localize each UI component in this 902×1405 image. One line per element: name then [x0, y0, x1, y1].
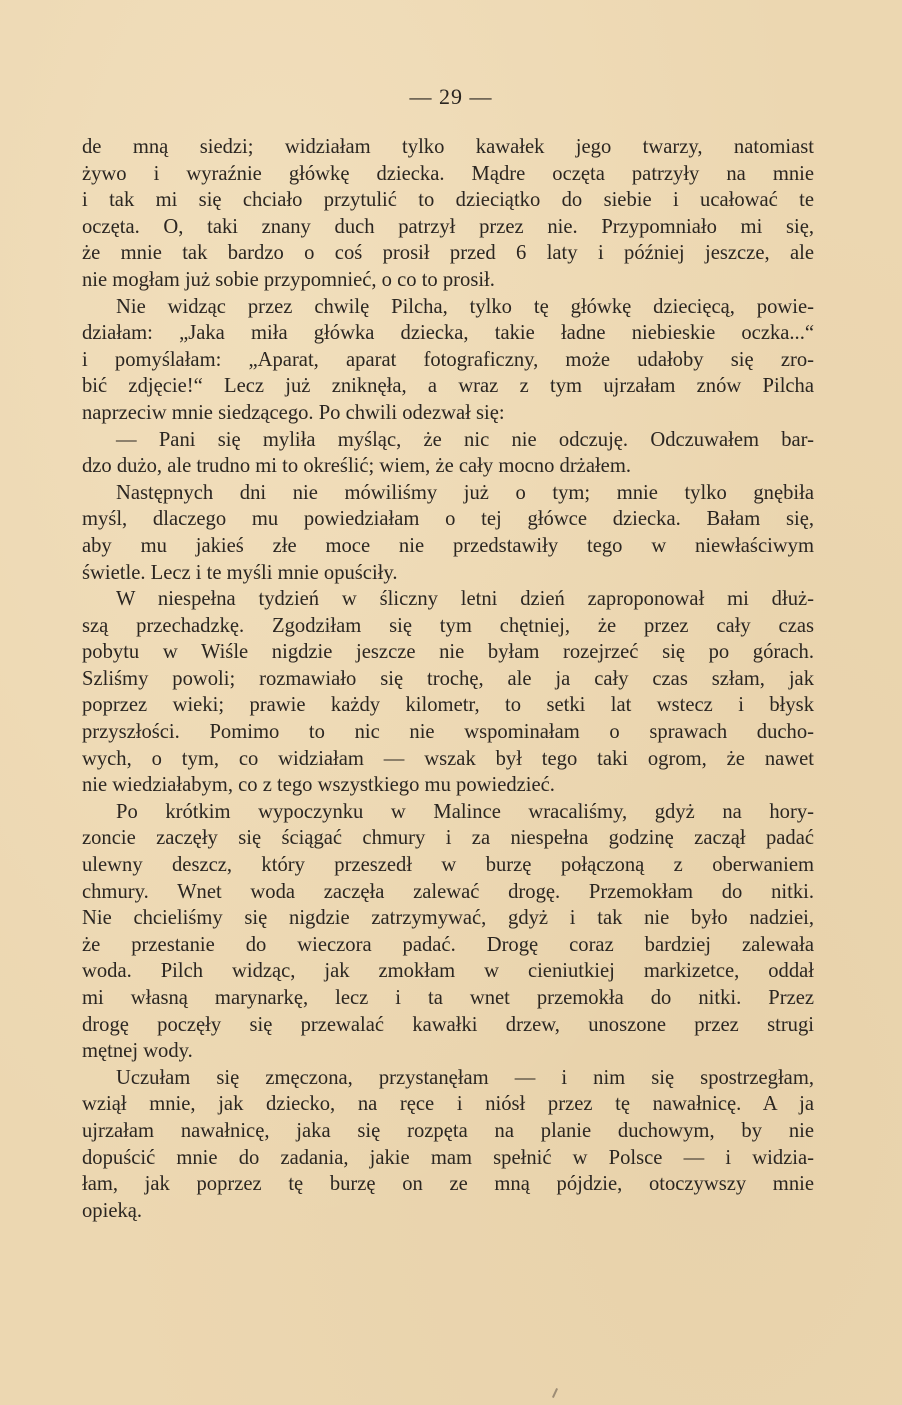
text-line: W niespełna tydzień w śliczny letni dzie… [82, 586, 814, 613]
paragraph: Następnych dni nie mówiliśmy już o tym; … [82, 480, 814, 586]
text-line: szą przechadzkę. Zgodziłam się tym chętn… [82, 613, 814, 640]
text-line: ujrzałam nawałnicę, jaka się rozpęta na … [82, 1118, 814, 1145]
text-line: drogę poczęły się przewalać kawałki drze… [82, 1012, 814, 1039]
text-line: naprzeciw mnie siedzącego. Po chwili ode… [82, 400, 814, 427]
paragraph: Nie widząc przez chwilę Pilcha, tylko tę… [82, 294, 814, 427]
text-line: pobytu w Wiśle nigdzie jeszcze nie byłam… [82, 639, 814, 666]
text-line: nie wiedziałabym, co z tego wszystkiego … [82, 772, 814, 799]
text-line: Po krótkim wypoczynku w Malince wracaliś… [82, 799, 814, 826]
page-number: — 29 — [0, 84, 902, 110]
text-line: Następnych dni nie mówiliśmy już o tym; … [82, 480, 814, 507]
text-line: wziął mnie, jak dziecko, na ręce i niósł… [82, 1091, 814, 1118]
text-line: nie mogłam już sobie przypomnieć, o co t… [82, 267, 814, 294]
text-line: mętnej wody. [82, 1038, 814, 1065]
text-line: że przestanie do wieczora padać. Drogę c… [82, 932, 814, 959]
text-line: przyszłości. Pomimo to nic nie wspominał… [82, 719, 814, 746]
text-line: Nie widząc przez chwilę Pilcha, tylko tę… [82, 294, 814, 321]
text-line: wych, o tym, co widziałam — wszak był te… [82, 746, 814, 773]
text-line: aby mu jakieś złe moce nie przedstawiły … [82, 533, 814, 560]
paragraph: de mną siedzi; widziałam tylko kawałek j… [82, 134, 814, 294]
text-line: działam: „Jaka miła główka dziecka, taki… [82, 320, 814, 347]
text-line: i pomyślałam: „Aparat, aparat fotografic… [82, 347, 814, 374]
paragraph: Uczułam się zmęczona, przystanęłam — i n… [82, 1065, 814, 1225]
text-line: Nie chcieliśmy się nigdzie zatrzymywać, … [82, 905, 814, 932]
text-line: Uczułam się zmęczona, przystanęłam — i n… [82, 1065, 814, 1092]
text-line: woda. Pilch widząc, jak zmokłam w cieniu… [82, 958, 814, 985]
text-line: oczęta. O, taki znany duch patrzył przez… [82, 214, 814, 241]
text-line: mi własną marynarkę, lecz i ta wnet prze… [82, 985, 814, 1012]
text-line: żywo i wyraźnie główkę dziecka. Mądre oc… [82, 161, 814, 188]
text-line: że mnie tak bardzo o coś prosił przed 6 … [82, 240, 814, 267]
text-line: łam, jak poprzez tę burzę on ze mną pójd… [82, 1171, 814, 1198]
text-line: dopuścić mnie do zadania, jakie mam speł… [82, 1145, 814, 1172]
text-line: poprzez wieki; prawie każdy kilometr, to… [82, 692, 814, 719]
body-text: de mną siedzi; widziałam tylko kawałek j… [82, 134, 814, 1224]
text-line: Szliśmy powoli; rozmawiało się trochę, a… [82, 666, 814, 693]
text-line: opieką. [82, 1198, 814, 1225]
paragraph: — Pani się myliła myśląc, że nic nie odc… [82, 427, 814, 480]
text-line: świetle. Lecz i te myśli mnie opuściły. [82, 560, 814, 587]
text-line: dzo dużo, ale trudno mi to określić; wie… [82, 453, 814, 480]
text-line: — Pani się myliła myśląc, że nic nie odc… [82, 427, 814, 454]
paragraph: W niespełna tydzień w śliczny letni dzie… [82, 586, 814, 799]
text-line: chmury. Wnet woda zaczęła zalewać drogę.… [82, 879, 814, 906]
text-line: zoncie zaczęły się ściągać chmury i za n… [82, 825, 814, 852]
text-line: bić zdjęcie!“ Lecz już zniknęła, a wraz … [82, 373, 814, 400]
paragraph: Po krótkim wypoczynku w Malince wracaliś… [82, 799, 814, 1065]
paper-blemish [552, 1388, 558, 1398]
text-line: myśl, dlaczego mu powiedziałam o tej głó… [82, 506, 814, 533]
text-line: de mną siedzi; widziałam tylko kawałek j… [82, 134, 814, 161]
text-line: i tak mi się chciało przytulić to dzieci… [82, 187, 814, 214]
book-page: — 29 — de mną siedzi; widziałam tylko ka… [0, 0, 902, 1405]
text-line: ulewny deszcz, który przeszedł w burzę p… [82, 852, 814, 879]
